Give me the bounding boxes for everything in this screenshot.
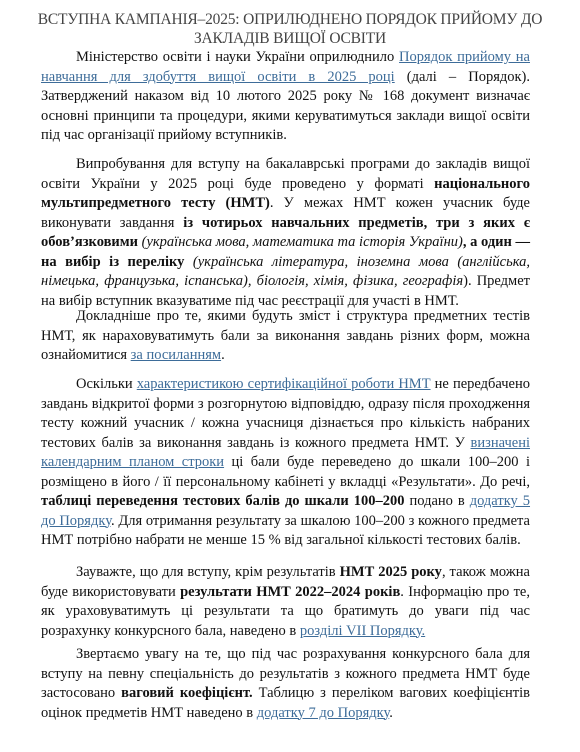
link-details[interactable]: за посиланням: [131, 347, 221, 363]
link-appendix-7[interactable]: додатку 7 до Порядку: [257, 705, 389, 721]
link-certification-characteristic[interactable]: характеристикою сертифікаційної роботи Н…: [137, 376, 431, 392]
link-section-7[interactable]: розділі VII Порядку.: [300, 623, 425, 639]
paragraph-nmt-format: Випробування для вступу на бакалаврські …: [41, 155, 530, 311]
paragraph-intro: Міністерство освіти і науки України опри…: [41, 48, 530, 146]
paragraph-test-details: Докладніше про те, якими будуть зміст і …: [41, 307, 530, 366]
page-title: ВСТУПНА КАМПАНІЯ–2025: ОПРИЛЮДНЕНО ПОРЯД…: [30, 10, 550, 48]
paragraph-scoring: Оскільки характеристикою сертифікаційної…: [41, 375, 530, 551]
paragraph-previous-results: Зауважте, що для вступу, крім результаті…: [41, 563, 530, 641]
paragraph-weight-coefficient: Звертаємо увагу на те, що під час розрах…: [41, 645, 530, 723]
